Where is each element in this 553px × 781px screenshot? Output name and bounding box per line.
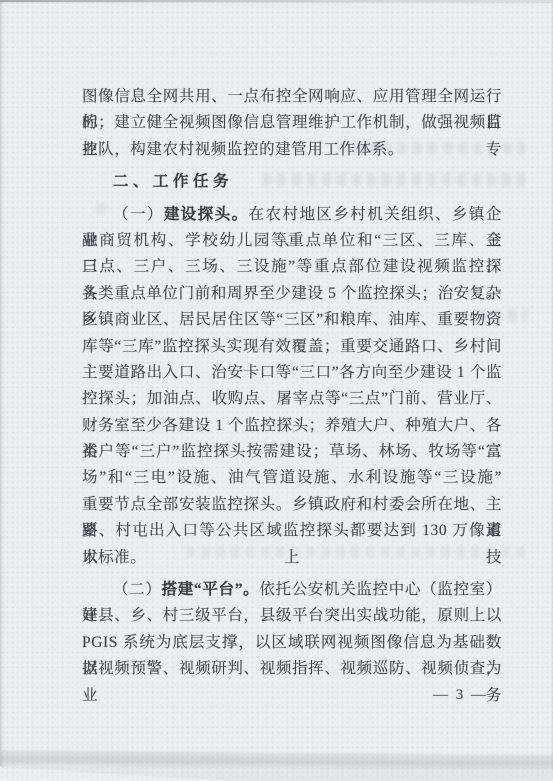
text-line: 乡镇商业区、居民居住区等“三区”和粮库、油库、重要物资 xyxy=(82,307,502,333)
body-text: 主要道路出入口、治安卡口等“三口”各方向至少建设 1 个监 xyxy=(82,364,502,381)
body-text: 术标准。 xyxy=(82,549,146,566)
text-line: 图像信息全网共用、一点布控全网响应、应用管理全网运行的目 xyxy=(82,84,502,110)
text-line: 融商贸机构、学校幼儿园等重点单位和“三区、三库、三口、 xyxy=(82,228,502,254)
emphasized-text: 搭建“平台”。 xyxy=(162,581,260,598)
scan-top-edge xyxy=(0,0,553,2)
text-line: 标；建立健全视频图像信息管理维护工作机制，做强视频监控专 xyxy=(82,110,502,136)
text-line: 主要道路出入口、治安卡口等“三口”各方向至少建设 1 个监 xyxy=(82,360,502,386)
text-line: 财务室至少各建设 1 个监控探头；养殖大户、种殖大户、各类富 xyxy=(82,413,502,439)
document-page: 图像信息全网共用、一点布控全网响应、应用管理全网运行的目标；建立健全视频图像信息… xyxy=(0,0,553,781)
body-text: 业队，构建农村视频监控的建管用工作体系。 xyxy=(82,141,404,158)
text-block: 图像信息全网共用、一点布控全网响应、应用管理全网运行的目标；建立健全视频图像信息… xyxy=(82,84,502,683)
text-line: （二）搭建“平台”。依托公安机关监控中心（监控室）建 xyxy=(82,577,502,603)
text-line: 重要节点全部安装监控探头。乡镇政府和村委会所在地、主要道 xyxy=(82,492,502,518)
text-line: 场”和“三电”设施、油气管道设施、水利设施等“三设施” xyxy=(82,465,502,491)
text-line: 三点、三户、三场、三设施”等重点部位建设视频监控探头。 xyxy=(82,254,502,280)
body-text: 控探头；加油点、收购点、屠宰点等“三点”门前、营业厅、 xyxy=(82,390,502,407)
text-line: 控探头；加油点、收购点、屠宰点等“三点”门前、营业厅、 xyxy=(82,386,502,412)
text-line: （一）建设探头。在农村地区乡村机关组织、乡镇企业、金 xyxy=(82,202,502,228)
body-text: 裕户等“三户”监控探头按需建设；草场、林场、牧场等“三 xyxy=(82,443,502,460)
emphasized-text: 建设探头。 xyxy=(164,206,249,223)
page-number: — 3 — xyxy=(82,687,502,704)
body-text: 库等“三库”监控探头实现有效覆盖；重要交通路口、乡村间 xyxy=(82,338,502,355)
body-text: 场”和“三电”设施、油气管道设施、水利设施等“三设施” xyxy=(82,469,502,486)
body-text: （二） xyxy=(113,581,162,598)
body-text: 乡镇商业区、居民居住区等“三区”和粮库、油库、重要物资 xyxy=(82,311,502,328)
text-line: 库等“三库”监控探头实现有效覆盖；重要交通路口、乡村间 xyxy=(82,334,502,360)
text-line: 以视频预警、视频研判、视频指挥、视频巡防、视频侦查为业务 xyxy=(82,656,502,682)
section-heading: 二、工作任务 xyxy=(82,169,502,195)
text-line: 好县、乡、村三级平台，县级平台突出实战功能，原则上以 xyxy=(82,603,502,629)
body-text: 好县、乡、村三级平台，县级平台突出实战功能，原则上以 xyxy=(82,607,502,624)
text-line: PGIS 系统为底层支撑，以区域联网视频图像信息为基础数据， xyxy=(82,630,502,656)
body-text: （一） xyxy=(113,206,164,223)
text-line: 路、村屯出入口等公共区域监控探头都要达到 130 万像素以上技 xyxy=(82,518,502,544)
text-line: 裕户等“三户”监控探头按需建设；草场、林场、牧场等“三 xyxy=(82,439,502,465)
emphasized-text: 二、工作任务 xyxy=(113,173,233,190)
text-line: 各类重点单位门前和周界至少建设 5 个监控探头；治安复杂区、 xyxy=(82,281,502,307)
